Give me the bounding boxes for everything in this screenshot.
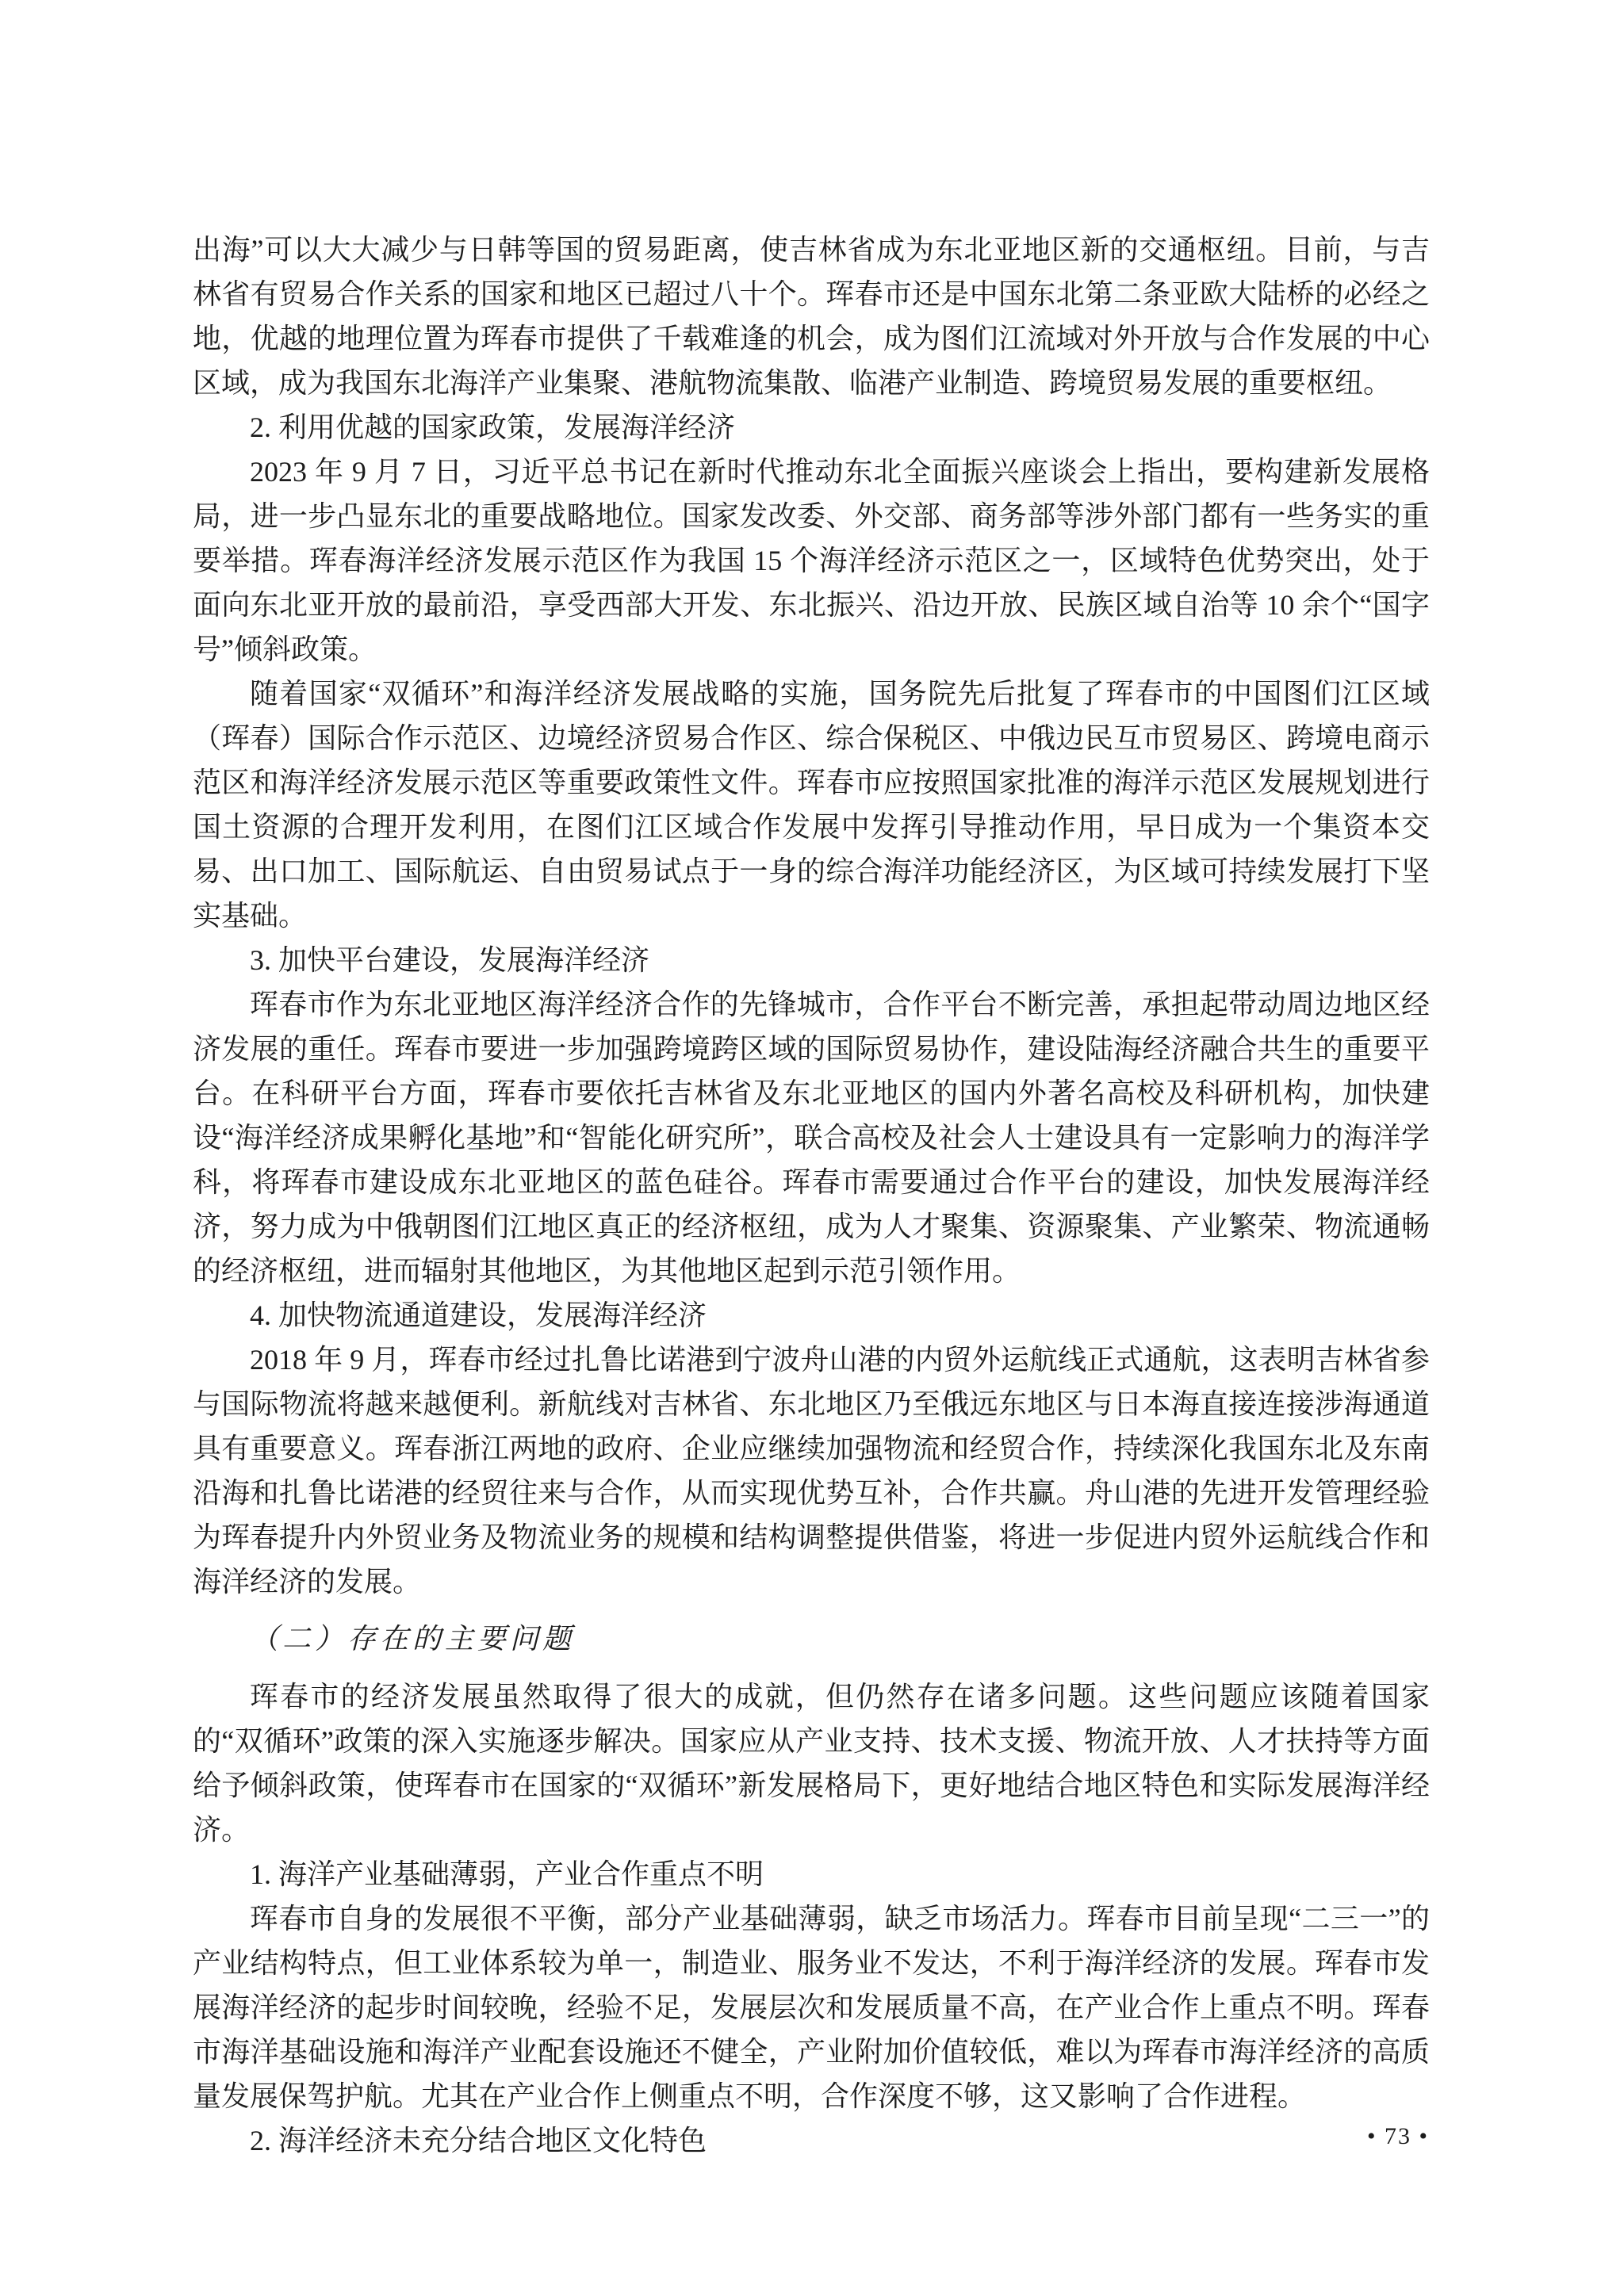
paragraph: 珲春市的经济发展虽然取得了很大的成就，但仍然存在诸多问题。这些问题应该随着国家的… (193, 1674, 1430, 1852)
paragraph: 出海”可以大大减少与日韩等国的贸易距离，使吉林省成为东北亚地区新的交通枢纽。目前… (193, 228, 1430, 405)
subheading: 1. 海洋产业基础薄弱，产业合作重点不明 (193, 1852, 1430, 1896)
subheading: 3. 加快平台建设，发展海洋经济 (193, 938, 1430, 982)
section-heading: （二）存在的主要问题 (193, 1617, 1430, 1661)
subheading: 2. 利用优越的国家政策，发展海洋经济 (193, 405, 1430, 450)
subheading: 4. 加快物流通道建设，发展海洋经济 (193, 1293, 1430, 1337)
paragraph: 随着国家“双循环”和海洋经济发展战略的实施，国务院先后批复了珲春市的中国图们江区… (193, 672, 1430, 938)
paragraph: 2018 年 9 月，珲春市经过扎鲁比诺港到宁波舟山港的内贸外运航线正式通航，这… (193, 1337, 1430, 1604)
paragraph: 2023 年 9 月 7 日，习近平总书记在新时代推动东北全面振兴座谈会上指出，… (193, 450, 1430, 672)
text-block: 出海”可以大大减少与日韩等国的贸易距离，使吉林省成为东北亚地区新的交通枢纽。目前… (193, 228, 1430, 2163)
subheading: 2. 海洋经济未充分结合地区文化特色 (193, 2118, 1430, 2163)
paragraph: 珲春市作为东北亚地区海洋经济合作的先锋城市，合作平台不断完善，承担起带动周边地区… (193, 982, 1430, 1293)
paragraph: 珲春市自身的发展很不平衡，部分产业基础薄弱，缺乏市场活力。珲春市目前呈现“二三一… (193, 1896, 1430, 2118)
page-number: • 73 • (1367, 2123, 1429, 2150)
document-page: 出海”可以大大减少与日韩等国的贸易距离，使吉林省成为东北亚地区新的交通枢纽。目前… (0, 0, 1624, 2296)
